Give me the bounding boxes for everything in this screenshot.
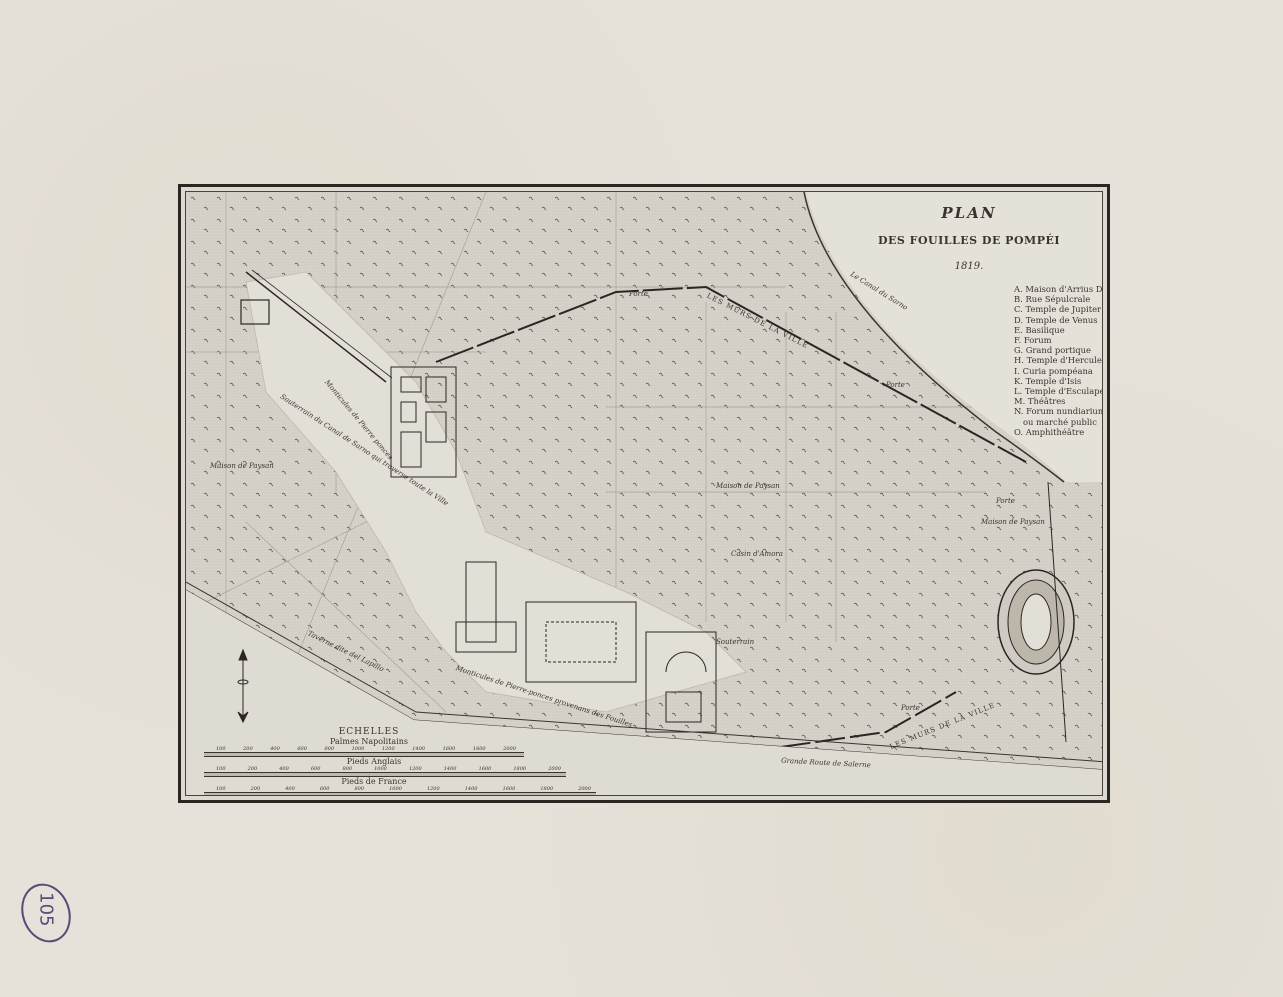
scales-heading: ECHELLES: [185, 727, 594, 737]
title-main: DES FOUILLES DE POMPÉI: [874, 234, 1064, 247]
legend-item: O. Amphithéâtre: [1014, 427, 1103, 437]
map-area: PLAN DES FOUILLES DE POMPÉI 1819. A. Mai…: [185, 191, 1103, 796]
legend-item: B. Rue Sépulcrale: [1014, 294, 1103, 304]
map-title: PLAN DES FOUILLES DE POMPÉI 1819.: [874, 200, 1064, 290]
maison-paysan-label: Maison de Paysan: [981, 518, 1045, 526]
map-frame: PLAN DES FOUILLES DE POMPÉI 1819. A. Mai…: [178, 184, 1110, 803]
legend-item: D. Temple de Venus: [1014, 315, 1103, 325]
legend-item: A. Maison d'Arrius Diomède: [1014, 284, 1103, 294]
casin-label: Casin d'Amora: [731, 550, 783, 558]
porte-label: Porte: [886, 381, 905, 389]
souterrain-2-label: Souterrain: [716, 638, 754, 646]
scale-bar: [204, 772, 566, 777]
maison-paysan-label: Maison de Paysan: [210, 462, 274, 470]
legend-item: K. Temple d'Isis: [1014, 376, 1103, 386]
map-legend: A. Maison d'Arrius Diomède B. Rue Sépulc…: [1014, 284, 1103, 437]
scale-bar: [204, 752, 524, 757]
porte-label: Porte: [629, 290, 648, 298]
legend-item: M. Théâtres: [1014, 396, 1103, 406]
legend-item: C. Temple de Jupiter: [1014, 304, 1103, 314]
legend-item: ou marché public: [1014, 417, 1103, 427]
legend-item: I. Curia pompéana: [1014, 366, 1103, 376]
legend-item: L. Temple d'Esculape: [1014, 386, 1103, 396]
legend-item: F. Forum: [1014, 335, 1103, 345]
legend-item: G. Grand portique: [1014, 345, 1103, 355]
porte-label: Porte: [996, 497, 1015, 505]
maison-paysan-label: Maison de Paysan: [716, 482, 780, 490]
scale-name: Palmes Napolitains: [185, 737, 594, 746]
porte-label: Porte: [901, 704, 920, 712]
title-year: 1819.: [874, 261, 1064, 272]
legend-item: E. Basilique: [1014, 325, 1103, 335]
scale-bar: [204, 792, 596, 796]
legend-item: H. Temple d'Hercule: [1014, 355, 1103, 365]
legend-item: N. Forum nundiarium: [1014, 406, 1103, 416]
scale-name: Pieds de France: [185, 777, 594, 786]
title-plan: PLAN: [874, 204, 1064, 222]
scale-bars: ECHELLES Palmes Napolitains 100200400600…: [204, 727, 594, 796]
scale-name: Pieds Anglais: [185, 757, 594, 766]
